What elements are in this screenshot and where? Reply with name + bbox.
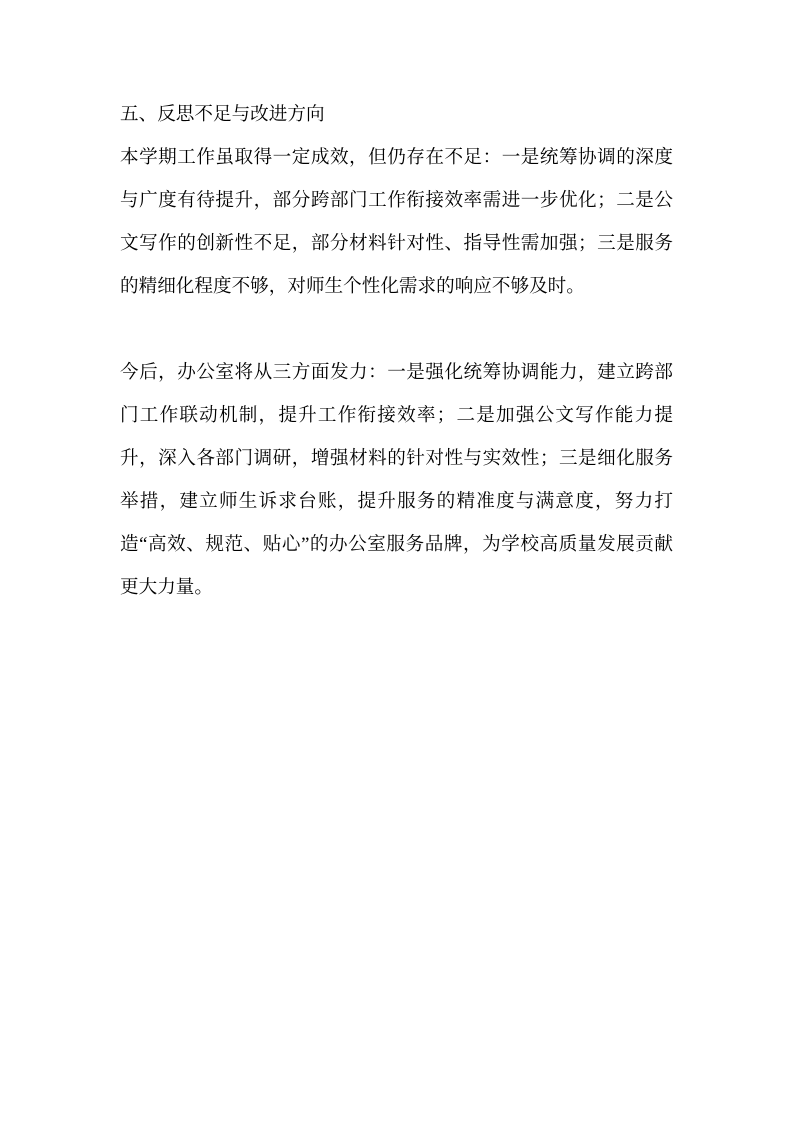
paragraph-future-plan: 今后，办公室将从三方面发力：一是强化统筹协调能力，建立跨部门工作联动机制，提升工…: [120, 351, 673, 609]
document-page: 五、反思不足与改进方向 本学期工作虽取得一定成效，但仍存在不足：一是统筹协调的深…: [0, 0, 793, 1122]
section-heading: 五、反思不足与改进方向: [120, 93, 673, 136]
paragraph-reflection: 本学期工作虽取得一定成效，但仍存在不足：一是统筹协调的深度与广度有待提升，部分跨…: [120, 136, 673, 308]
document-content: 五、反思不足与改进方向 本学期工作虽取得一定成效，但仍存在不足：一是统筹协调的深…: [120, 93, 673, 609]
